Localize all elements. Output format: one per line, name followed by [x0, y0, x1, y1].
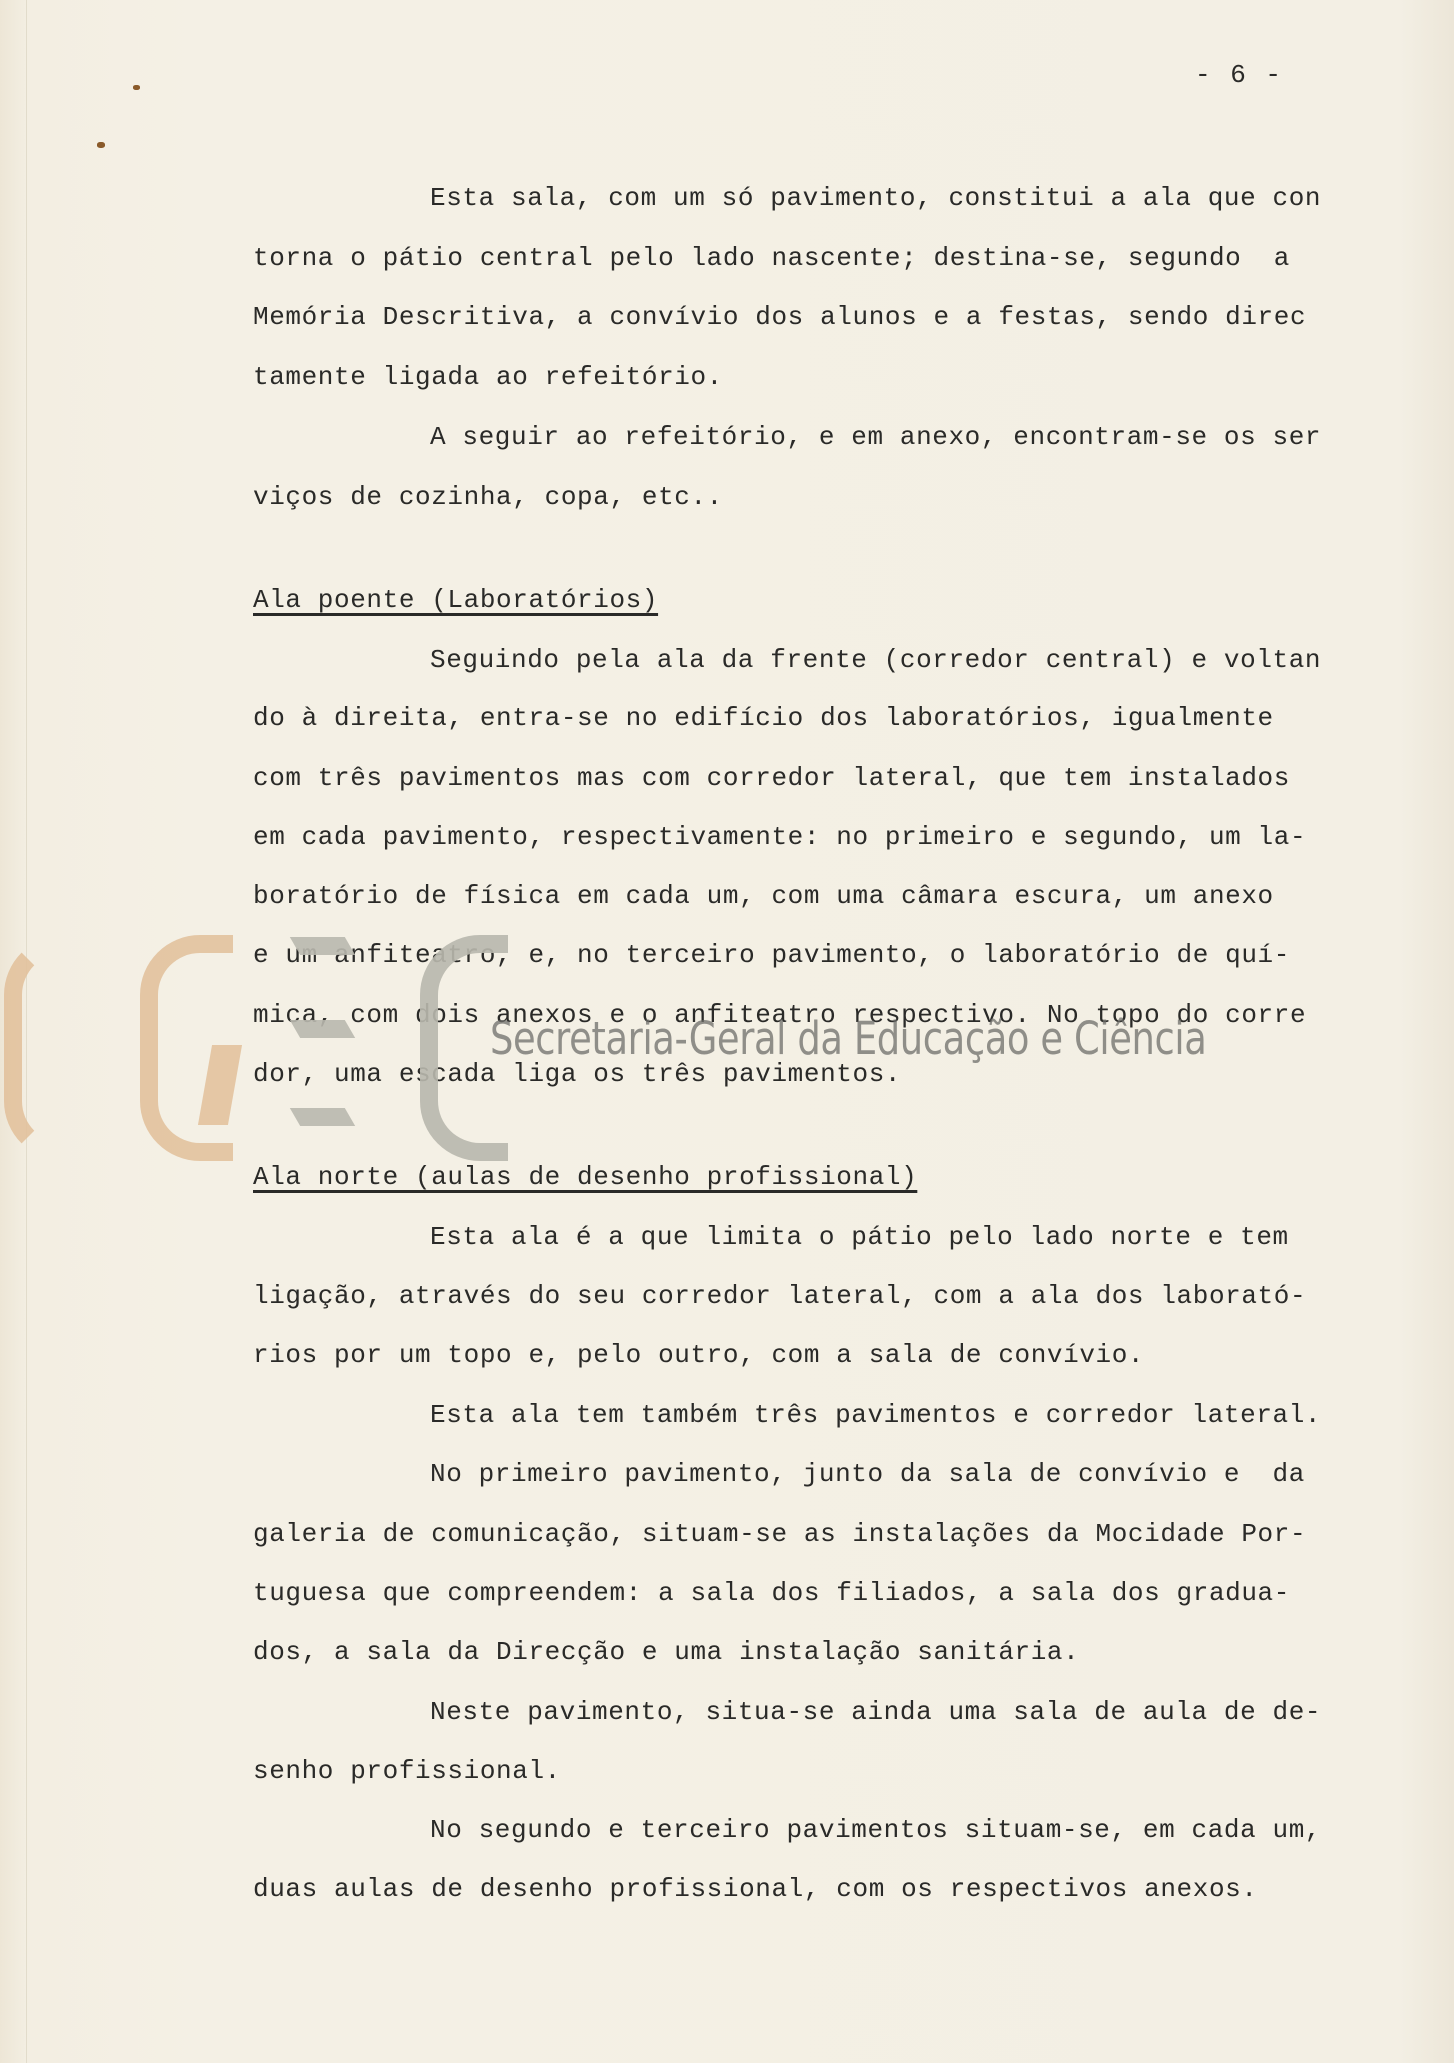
paragraph-line: torna o pátio central pelo lado nascente… [253, 243, 1290, 273]
paragraph-line: boratório de física em cada um, com uma … [253, 881, 1274, 911]
paragraph-line: em cada pavimento, respectivamente: no p… [253, 822, 1306, 852]
paragraph-line: Seguindo pela ala da frente (corredor ce… [430, 645, 1321, 675]
paragraph-line: galeria de comunicação, situam-se as ins… [253, 1519, 1306, 1549]
watermark-logo-g-icon [140, 935, 233, 1161]
paragraph-line: Esta ala tem também três pavimentos e co… [430, 1400, 1321, 1430]
document-page: - 6 - Esta sala, com um só pavimento, co… [0, 0, 1454, 2063]
paragraph-line: com três pavimentos mas com corredor lat… [253, 763, 1290, 793]
paragraph-line: Esta ala é a que limita o pátio pelo lad… [430, 1222, 1289, 1252]
paragraph-line: Memória Descritiva, a convívio dos aluno… [253, 302, 1306, 332]
section-heading: Ala poente (Laboratórios) [253, 585, 658, 615]
paragraph-line: do à direita, entra-se no edifício dos l… [253, 703, 1274, 733]
paragraph-line: tuguesa que compreendem: a sala dos fili… [253, 1578, 1290, 1608]
page-number: - 6 - [1195, 60, 1283, 90]
watermark-logo-e-bar-icon [290, 1108, 355, 1126]
paragraph-line: ligação, através do seu corredor lateral… [253, 1281, 1306, 1311]
paragraph-line: No segundo e terceiro pavimentos situam-… [430, 1815, 1321, 1845]
paper-speck [97, 142, 105, 148]
paragraph-line: Esta sala, com um só pavimento, constitu… [430, 183, 1321, 213]
watermark-logo-s-icon [4, 935, 92, 1161]
page-edge [26, 0, 27, 2063]
paragraph-line: e um anfiteatro, e, no terceiro paviment… [253, 940, 1290, 970]
paragraph-line: No primeiro pavimento, junto da sala de … [430, 1459, 1305, 1489]
watermark-logo-g-tail [198, 1045, 242, 1125]
paragraph-line: tamente ligada ao refeitório. [253, 362, 723, 392]
paragraph-line: dos, a sala da Direcção e uma instalação… [253, 1637, 1079, 1667]
paragraph-line: senho profissional. [253, 1756, 561, 1786]
section-heading: Ala norte (aulas de desenho profissional… [253, 1162, 917, 1192]
paragraph-line: rios por um topo e, pelo outro, com a sa… [253, 1340, 1144, 1370]
paragraph-line: A seguir ao refeitório, e em anexo, enco… [430, 422, 1321, 452]
paragraph-line: Neste pavimento, situa-se ainda uma sala… [430, 1697, 1321, 1727]
paper-speck [133, 85, 140, 90]
watermark-text: Secretaria-Geral da Educação e Ciência [490, 1012, 1206, 1065]
paragraph-line: viços de cozinha, copa, etc.. [253, 482, 723, 512]
paragraph-line: duas aulas de desenho profissional, com … [253, 1874, 1258, 1904]
